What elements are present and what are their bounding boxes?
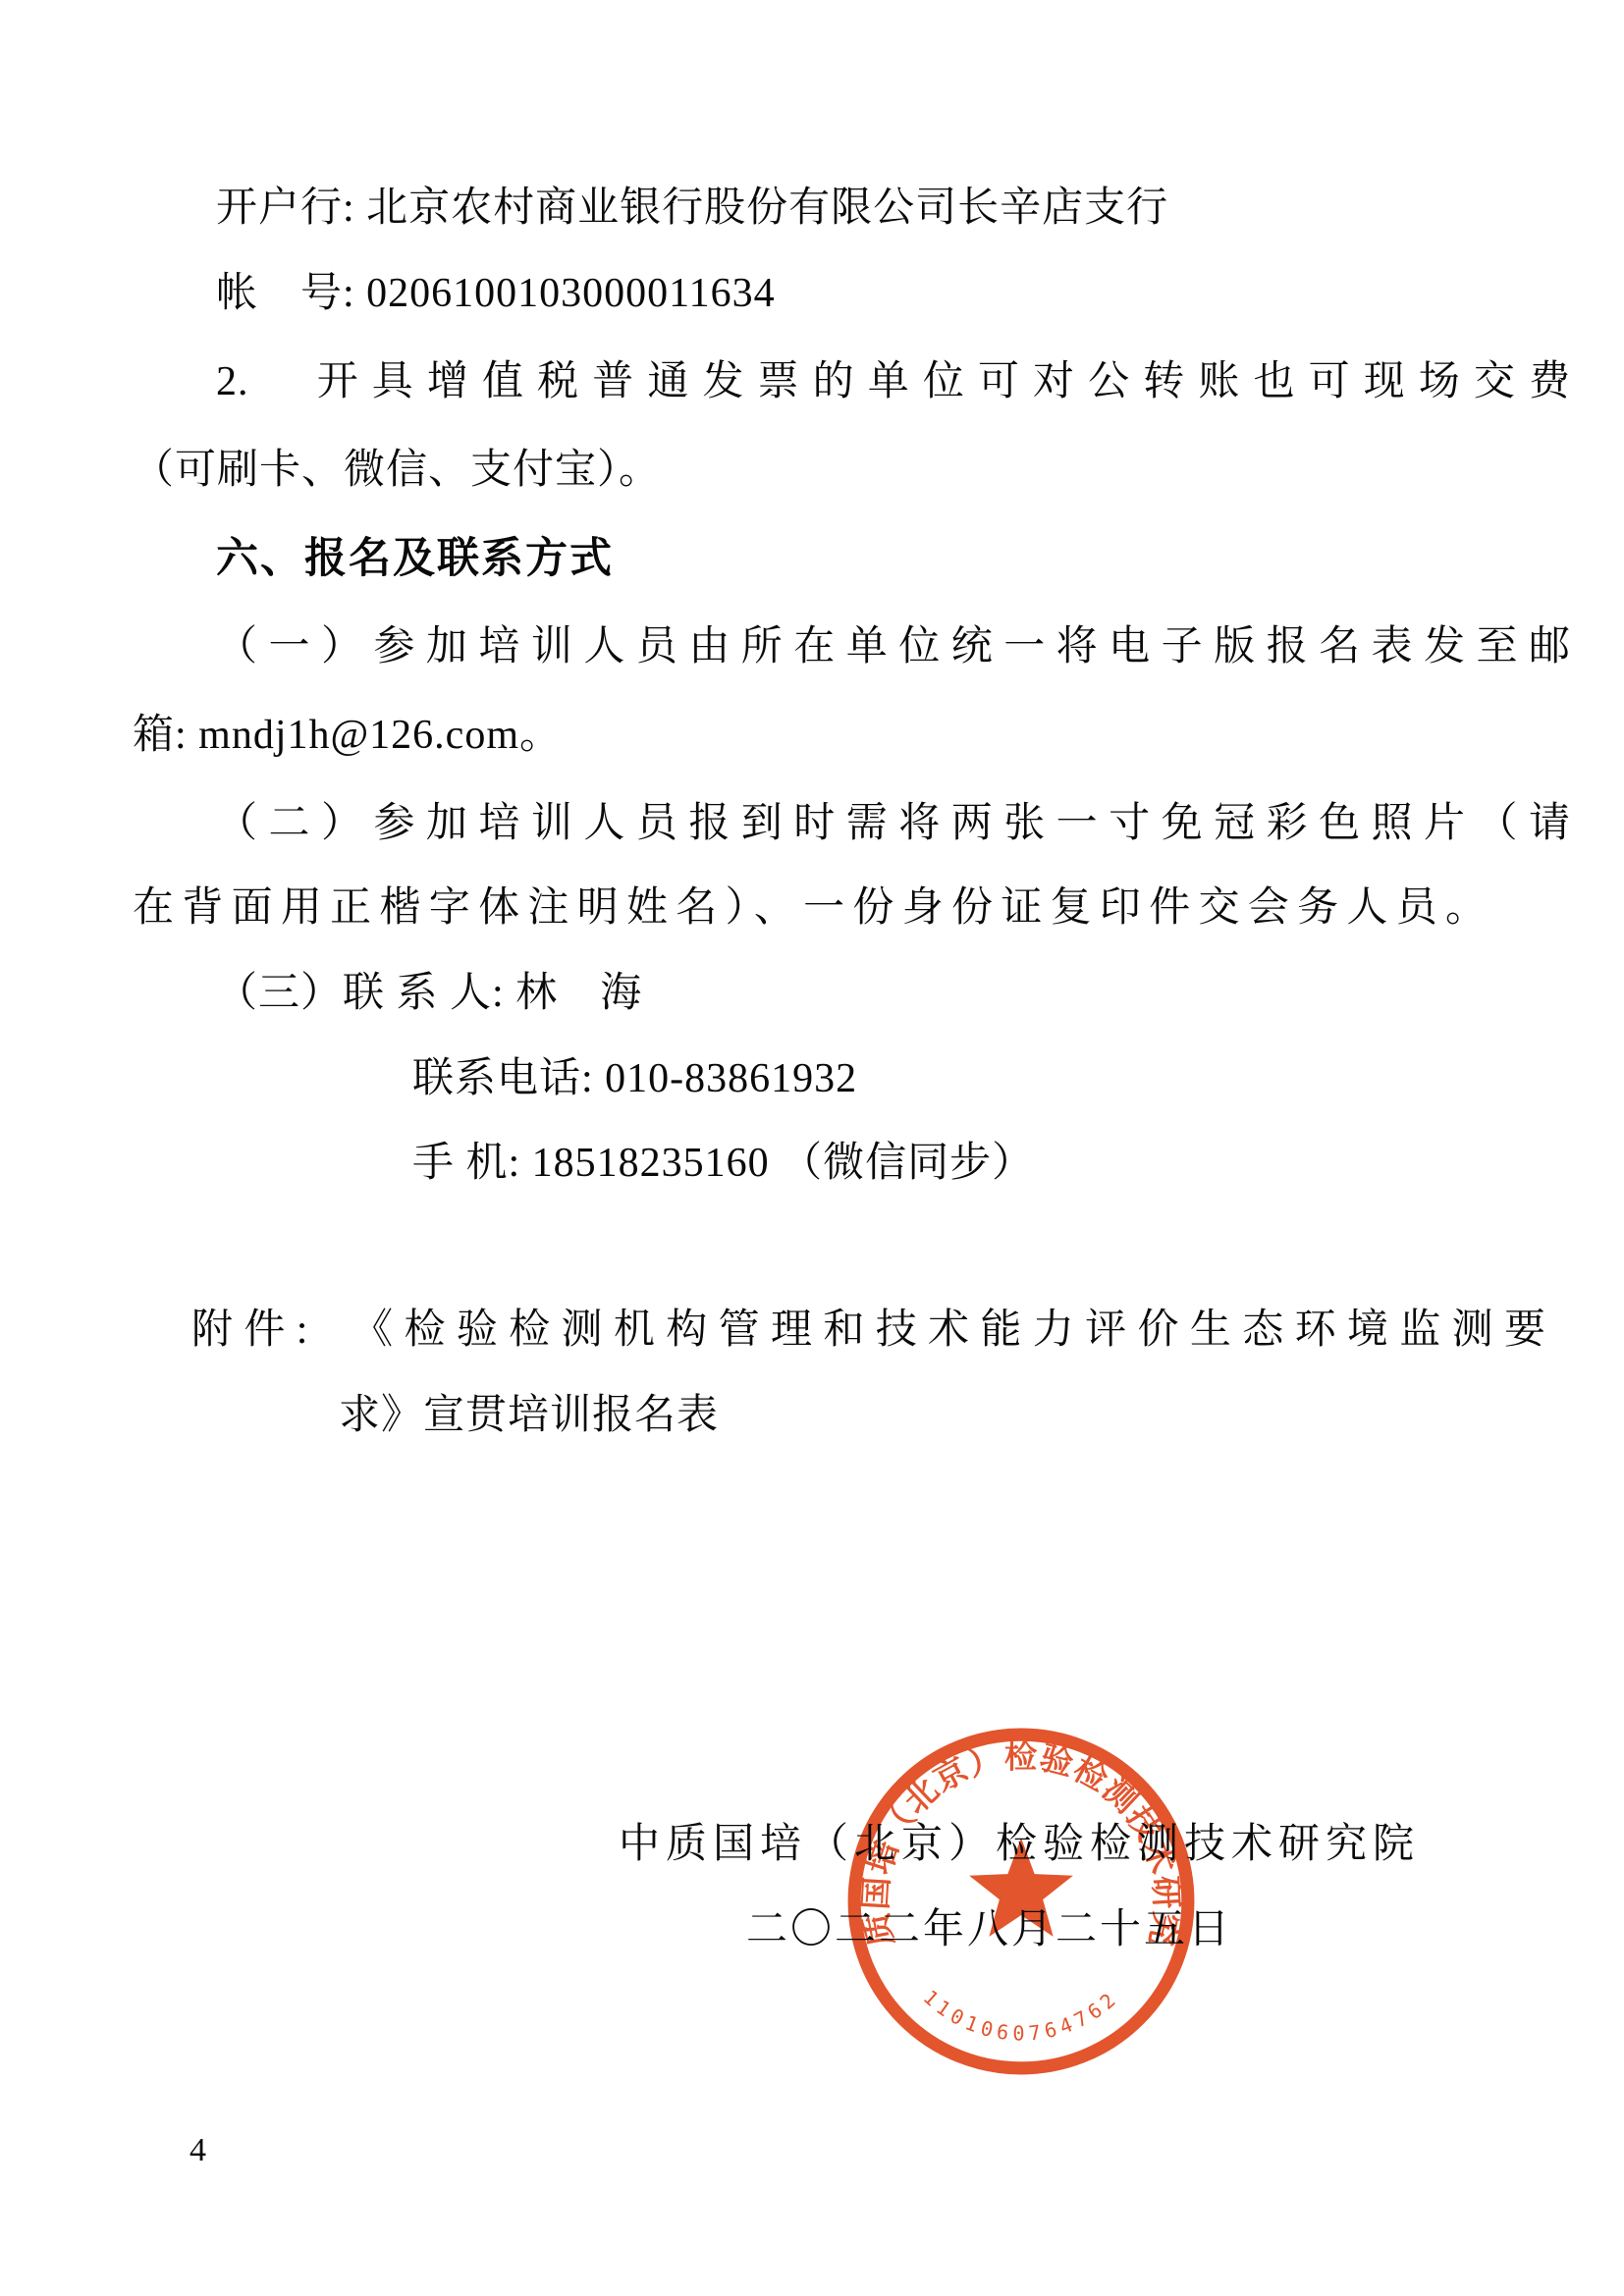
invoice-paragraph-line-2: （可刷卡、微信、支付宝）。 bbox=[133, 444, 1488, 498]
item1-line-1: （一）参加培训人员由所在单位统一将电子版报名表发至邮 bbox=[133, 620, 1571, 674]
item3-contact-line: （三）联 系 人: 林 海 bbox=[133, 967, 1571, 1021]
page-number: 4 bbox=[189, 2132, 206, 2169]
attachment-line-1: 附件: 《检验检测机构管理和技术能力评价生态环境监测要 bbox=[133, 1304, 1546, 1358]
mobile-line: 手 机: 18518235160 （微信同步） bbox=[133, 1137, 1624, 1191]
item1-line-2-email: 箱: mndj1h@126.com。 bbox=[133, 709, 1488, 763]
account-number-line: 帐 号: 0206100103000011634 bbox=[133, 267, 1571, 321]
item2-line-1: （二）参加培训人员报到时需将两张一寸免冠彩色照片（请 bbox=[133, 797, 1571, 851]
svg-text:1101060764762: 1101060764762 bbox=[919, 1985, 1124, 2045]
organization-name: 中质国培（北京）检验检测技术研究院 bbox=[619, 1811, 1420, 1870]
phone-line: 联系电话: 010-83861932 bbox=[133, 1052, 1624, 1106]
section-heading: 六、报名及联系方式 bbox=[133, 532, 1571, 587]
seal-registration-number: 1101060764762 bbox=[919, 1985, 1124, 2045]
invoice-paragraph-line-1: 2. 开具增值税普通发票的单位可对公转账也可现场交费 bbox=[133, 355, 1571, 409]
signature-date: 二〇二二年八月二十五日 bbox=[746, 1896, 1232, 1955]
attachment-line-2: 求》宣贯培训报名表 bbox=[133, 1389, 1624, 1443]
document-page: 开户行: 北京农村商业银行股份有限公司长辛店支行 帐 号: 0206100103… bbox=[0, 0, 1624, 2296]
item2-line-2: 在背面用正楷字体注明姓名）、一份身份证复印件交会务人员。 bbox=[133, 881, 1488, 935]
bank-name-line: 开户行: 北京农村商业银行股份有限公司长辛店支行 bbox=[133, 182, 1571, 236]
